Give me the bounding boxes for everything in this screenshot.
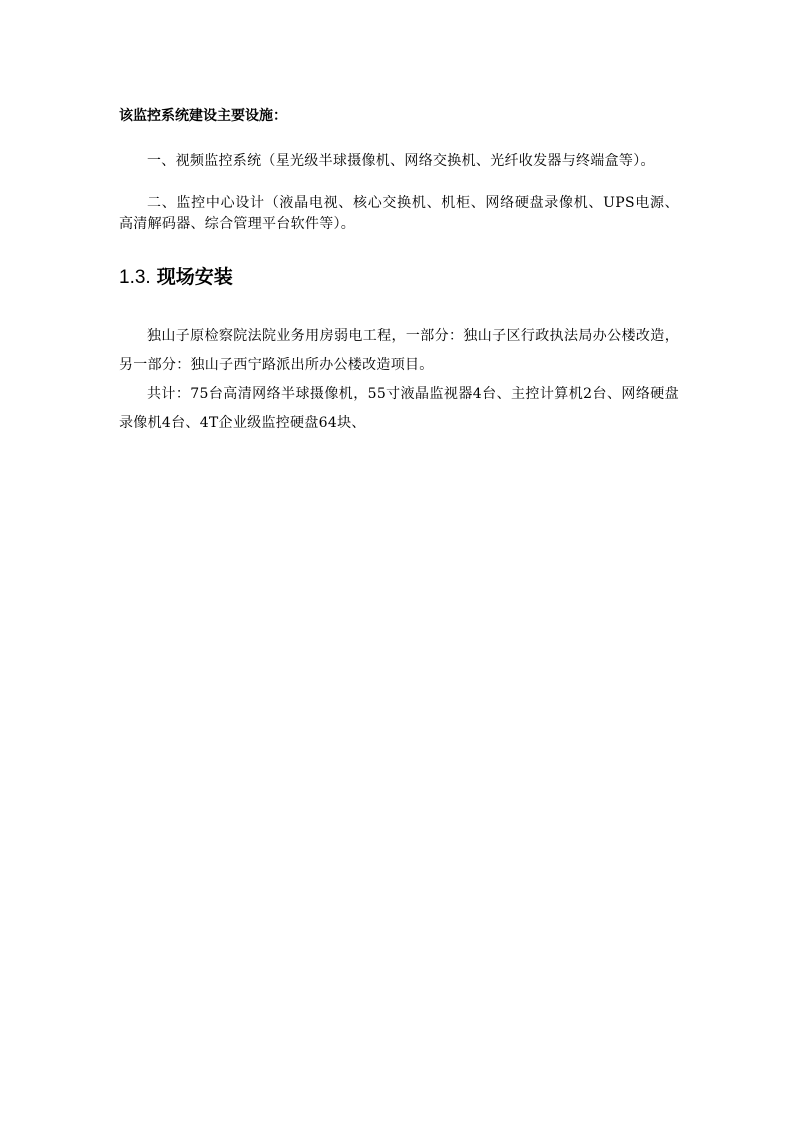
facilities-heading: 该监控系统建设主要设施： (119, 106, 287, 126)
section-heading: 1.3. 现场安装 (119, 263, 233, 292)
section-number: 1.3. (119, 267, 151, 288)
section-title: 现场安装 (157, 266, 233, 288)
facility-item-video-surveillance: 一、视频监控系统（星光级半球摄像机、网络交换机、光纤收发器与终端盒等）。 (119, 151, 679, 172)
paragraph-project-scope: 独山子原检察院法院业务用房弱电工程，一部分：独山子区行政执法局办公楼改造，另一部… (119, 322, 679, 380)
facility-item-monitoring-center: 二、监控中心设计（液晶电视、核心交换机、机柜、网络硬盘录像机、UPS电源、高清解… (119, 193, 679, 235)
paragraph-equipment-total: 共计：75台高清网络半球摄像机，55寸液晶监视器4台、主控计算机2台、网络硬盘录… (119, 380, 679, 438)
